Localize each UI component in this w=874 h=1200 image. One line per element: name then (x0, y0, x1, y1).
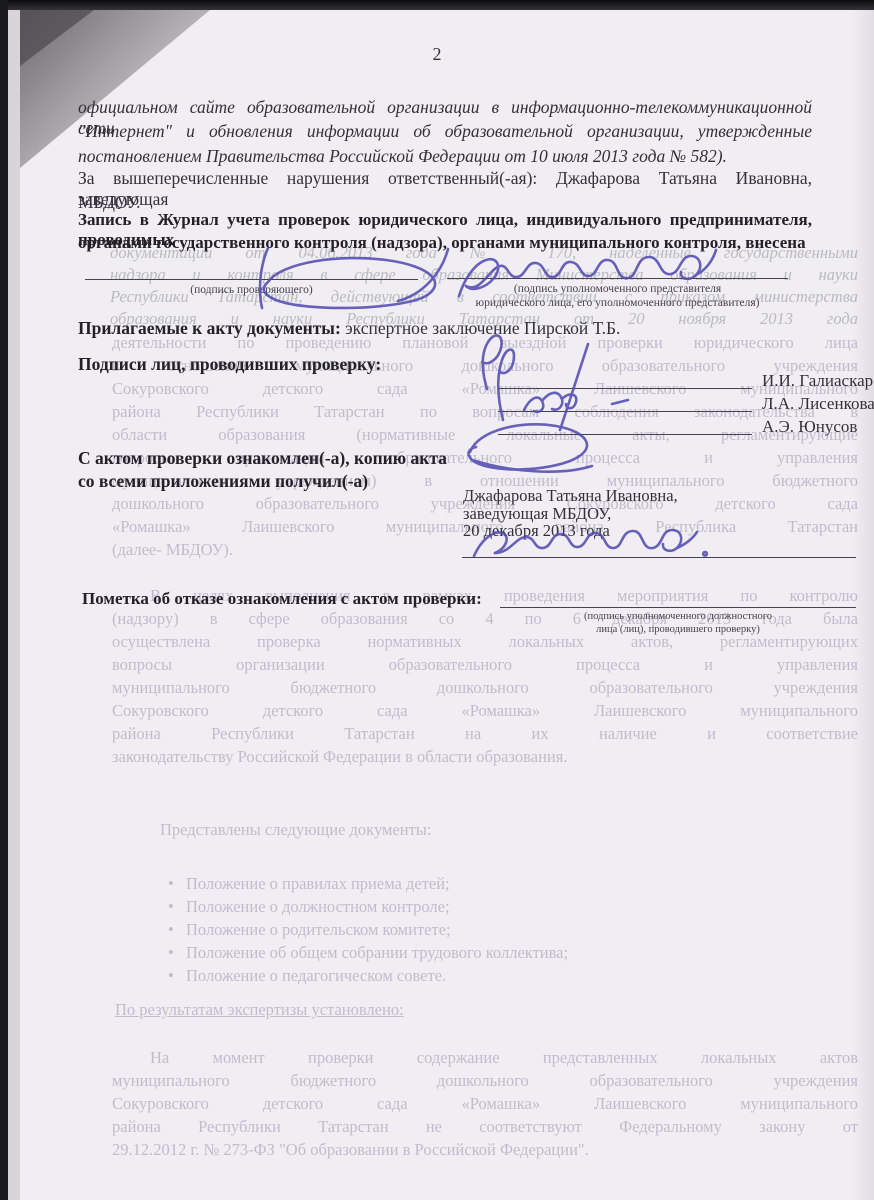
inspector-signature-line (85, 279, 418, 280)
bleedthrough-line: района Республики Татарстан на их наличи… (112, 724, 858, 744)
bullet-icon: • (168, 874, 186, 894)
page-number: 2 (0, 44, 874, 65)
inspector-sign-line-3 (498, 434, 752, 435)
bleedthrough-line: района Республики Татарстан не соответст… (112, 1117, 858, 1137)
bleedthrough-list-text: Положение о родительском комитете; (186, 920, 451, 939)
bleedthrough-line: Сокуровского детского сада «Ромашка» Лаи… (112, 701, 858, 721)
bleedthrough-line: Сокуровского детского сада «Ромашка» Лаи… (112, 379, 858, 399)
bleedthrough-line: На момент проверки содержание представле… (150, 1048, 858, 1068)
bleedthrough-line: района Республики Татарстан по вопросам … (112, 402, 858, 422)
bullet-icon: • (168, 920, 186, 940)
scan-left-edge (0, 0, 8, 1200)
bleedthrough-line: вопросы организации образовательного про… (112, 655, 858, 675)
attachments-value: экспертное заключение Пирской Т.Б. (341, 318, 621, 338)
inspectors-heading: Подписи лиц, проводивших проверку: (78, 354, 381, 375)
bleedthrough-list-item: •Положение о родительском комитете; (168, 920, 451, 940)
inspector-sign-line-1 (498, 388, 752, 389)
scanned-document: документации от 04.06.2013 года № 170, н… (0, 0, 874, 1200)
bleedthrough-list-item: •Положение о педагогическом совете. (168, 966, 446, 986)
bleedthrough-list-item: •Положение о должностном контроле; (168, 897, 450, 917)
intro-paragraph-line: "Интернет" и обновления информации об об… (78, 121, 812, 142)
inspector-name: А.Э. Юнусов (762, 417, 857, 437)
bleedthrough-list-item: •Положение об общем собрании трудового к… (168, 943, 568, 963)
scan-left-gap (8, 10, 20, 1200)
recipient-name: Джафарова Татьяна Ивановна, (463, 486, 678, 506)
refusal-caption: (подпись уполномоченного должностного (500, 611, 856, 622)
bleedthrough-list-item: •Положение о правилах приема детей; (168, 874, 450, 894)
attachments-line: Прилагаемые к акту документы: экспертное… (78, 318, 620, 339)
bleedthrough-list-text: Положение об общем собрании трудового ко… (186, 943, 568, 962)
recipient-signature-line (462, 557, 856, 558)
attachments-label: Прилагаемые к акту документы: (78, 318, 341, 338)
bleedthrough-line: законодательству Российской Федерации в … (112, 747, 858, 767)
bleedthrough-line: области образования (нормативные локальн… (112, 425, 858, 445)
bleedthrough-line: 29.12.2012 г. № 273-ФЗ "Об образовании в… (112, 1140, 858, 1160)
acquainted-line: со всеми приложениями получил(-а) (78, 471, 368, 492)
representative-signature-caption: юридического лица, его уполномоченного п… (417, 297, 818, 309)
intro-paragraph-line: постановлением Правительства Российской … (78, 146, 812, 167)
representative-signature-caption: (подпись уполномоченного представителя (447, 283, 788, 295)
bullet-icon: • (168, 897, 186, 917)
scan-right-shade (852, 0, 874, 1200)
bullet-icon: • (168, 943, 186, 963)
bleedthrough-line: надзора и контроля в сфере образования М… (110, 265, 858, 285)
refusal-signature-line (500, 607, 856, 608)
inspector-sign-line-2 (498, 411, 752, 412)
bleedthrough-list-text: Положение о педагогическом совете. (186, 966, 446, 985)
refusal-caption: лица (лиц), проводившего проверку) (500, 624, 856, 635)
bullet-icon: • (168, 966, 186, 986)
representative-signature-line (447, 278, 788, 279)
acquainted-line: С актом проверки ознакомлен(-а), копию а… (78, 448, 447, 469)
bleedthrough-results-heading: По результатам экспертизы установлено: (115, 1000, 404, 1020)
recipient-date: 20 декабря 2013 года (463, 521, 610, 541)
bleedthrough-line: Сокуровского детского сада «Ромашка» Лаи… (112, 1094, 858, 1114)
bleedthrough-line: осуществлена проверка нормативных локаль… (112, 632, 858, 652)
bleedthrough-list-text: Положение о должностном контроле; (186, 897, 450, 916)
refusal-label: Пометка об отказе ознакомления с актом п… (82, 589, 482, 609)
bleedthrough-line: муниципального бюджетного дошкольного об… (112, 678, 858, 698)
journal-paragraph-line: органами государственного контроля (надз… (78, 233, 812, 253)
bleedthrough-list-text: Положение о правилах приема детей; (186, 874, 450, 893)
inspector-signature-caption: (подпись проверяющего) (85, 284, 418, 296)
bleedthrough-line: муниципального бюджетного дошкольного об… (112, 1071, 858, 1091)
scan-top-edge (0, 0, 874, 10)
bleedthrough-docs-heading: Представлены следующие документы: (160, 820, 431, 840)
